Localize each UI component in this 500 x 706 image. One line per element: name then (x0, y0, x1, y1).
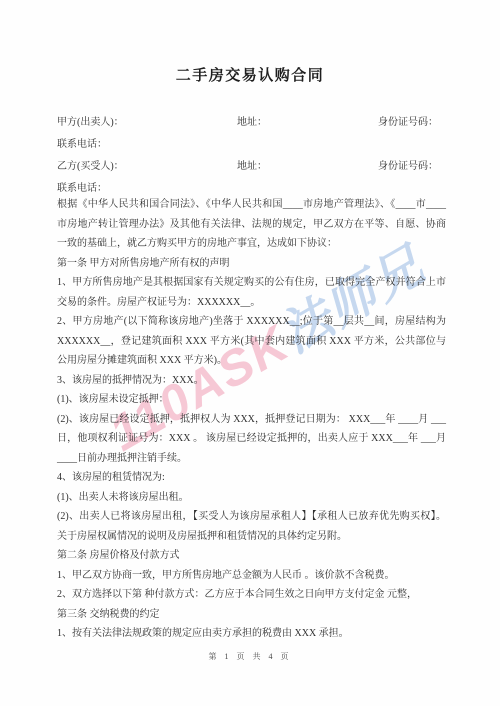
party-b-role-label: 乙方(买受人)： (57, 157, 124, 172)
contract-paragraph: 1、甲乙双方协商一致，甲方所售房地产总金额为人民币 。该价款不含税费。 (57, 566, 446, 586)
contract-body: 根据《中华人民共和国合同法》、《中华人民共和国____市房地产管理法》、《___… (57, 195, 446, 644)
section-heading-1: 第一条 甲方对所售房地产所有权的声明 (57, 254, 446, 274)
party-b-address-label: 地址： (237, 157, 267, 172)
contract-paragraph: (1)、出卖人未将该房屋出租。 (57, 488, 446, 508)
party-a-phone-row: 联系电话： (0, 132, 500, 154)
party-a-phone-label: 联系电话： (57, 135, 107, 150)
contract-paragraph: 2、甲方房地产(以下简称该房地产)坐落于 XXXXXX__;位于第__层共__间… (57, 312, 446, 371)
party-a-id-label: 身份证号码： (378, 113, 438, 128)
contract-paragraph: 1、按有关法律法规政策的规定应由卖方承担的税费由 XXX 承担。 (57, 624, 446, 644)
contract-paragraph: (2)、出卖人已将该房屋出租，【买受人为该房屋承租人】【承租人已放弃优先购买权】… (57, 507, 446, 546)
page-footer: 第 1 页 共 4 页 (0, 651, 500, 662)
section-heading-3: 第三条 交纳税费的约定 (57, 605, 446, 625)
contract-paragraph: 3、该房屋的抵押情况为：XXX。 (57, 371, 446, 391)
party-b-phone-label: 联系电话： (57, 179, 107, 194)
party-b-id-label: 身份证号码： (378, 157, 438, 172)
contract-paragraph: 4、该房屋的租赁情况为: (57, 468, 446, 488)
contract-paragraph-intro: 根据《中华人民共和国合同法》、《中华人民共和国____市房地产管理法》、《___… (57, 195, 446, 254)
party-a-role-label: 甲方(出卖人)： (57, 113, 124, 128)
contract-paragraph: (1)、该房屋未设定抵押： (57, 390, 446, 410)
contract-paragraph: (2)、该房屋已经设定抵押，抵押权人为 XXX，抵押登记日期为： XXX___年… (57, 410, 446, 469)
party-a-address-label: 地址： (237, 113, 267, 128)
contract-paragraph: 1、甲方所售房地产是其根据国家有关规定购买的公有住房，已取得完全产权并符合上市交… (57, 273, 446, 312)
parties-section: 甲方(出卖人)： 地址： 身份证号码： 联系电话： 乙方(买受人)： 地址： 身… (0, 110, 500, 198)
section-heading-2: 第二条 房屋价格及付款方式 (57, 546, 446, 566)
party-a-row: 甲方(出卖人)： 地址： 身份证号码： (0, 110, 500, 132)
party-b-row: 乙方(买受人)： 地址： 身份证号码： (0, 154, 500, 176)
contract-document-page: 110ASK法师兄 二手房交易认购合同 甲方(出卖人)： 地址： 身份证号码： … (0, 0, 500, 706)
contract-paragraph: 2、双方选择以下第 种付款方式：乙方应于本合同生效之日向甲方支付定金 元整， (57, 585, 446, 605)
contract-title: 二手房交易认购合同 (0, 64, 500, 85)
